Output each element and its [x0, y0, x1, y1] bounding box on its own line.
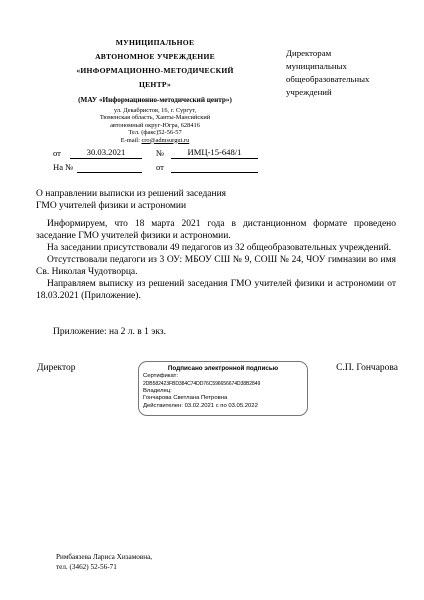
- org-address-line: автономный округ-Югра, 628416: [30, 122, 280, 129]
- executor-phone: тел. (3462) 52-56-71: [56, 562, 152, 572]
- email-label: E-mail:: [121, 137, 142, 144]
- ref-number-field: ИМЦ-15-648/1: [171, 147, 258, 159]
- ref-reply-from-label: от: [156, 162, 164, 172]
- letterhead: МУНИЦИПАЛЬНОЕ АВТОНОМНОЕ УЧРЕЖДЕНИЕ «ИНФ…: [30, 36, 280, 144]
- addressee-block: Директорам муниципальных общеобразовател…: [286, 47, 406, 99]
- signer-name: С.П. Гончарова: [336, 363, 398, 373]
- subject-block: О направлении выписки из решений заседан…: [36, 188, 336, 212]
- stamp-owner-label: Владелец:: [143, 388, 303, 396]
- stamp-cert-value: 2DB582423FBD384C74DD76C596656674D38B2849: [143, 381, 303, 388]
- body-paragraph: Информируем, что 18 марта 2021 года в ди…: [36, 218, 396, 242]
- org-phone: Тел. (факс)52-56-57: [30, 129, 280, 136]
- executor-name: Римбаязева Лариса Хизамовна,: [56, 552, 152, 562]
- stamp-owner-value: Гончарова Светлана Петровна: [143, 395, 303, 403]
- org-name-line: ЦЕНТР»: [30, 78, 280, 92]
- letter-page: МУНИЦИПАЛЬНОЕ АВТОНОМНОЕ УЧРЕЖДЕНИЕ «ИНФ…: [0, 0, 424, 600]
- attachment-note: Приложение: на 2 л. в 1 экз.: [53, 327, 166, 337]
- org-name-line: «ИНФОРМАЦИОННО-МЕТОДИЧЕСКИЙ: [30, 64, 280, 78]
- ref-reply-number-field: [77, 161, 142, 173]
- subject-line: ГМО учителей физики и астрономии: [36, 200, 336, 212]
- addressee-line: муниципальных: [286, 60, 406, 73]
- email-link[interactable]: cro@admsurgut.ru: [141, 137, 189, 144]
- ref-number-label: №: [156, 148, 164, 158]
- ref-reply-date-field: [171, 161, 258, 173]
- executor-footer: Римбаязева Лариса Хизамовна, тел. (3462)…: [56, 552, 152, 572]
- body-paragraph: На заседании присутствовали 49 педагогов…: [36, 242, 396, 254]
- stamp-validity: Действителен: 03.02.2021 с по 03.05.2022: [143, 403, 303, 411]
- org-address-line: ул. Декабристов, 16, г. Сургут,: [30, 107, 280, 114]
- addressee-line: учреждений: [286, 86, 406, 99]
- reference-block: от 30.03.2021 № ИМЦ-15-648/1 На № от: [0, 148, 424, 180]
- signer-position: Директор: [37, 363, 76, 373]
- body-paragraph: Отсутствовали педагоги из 3 ОУ: МБОУ СШ …: [36, 254, 396, 278]
- digital-signature-stamp: Подписано электронной подписью Сертифика…: [138, 361, 308, 416]
- addressee-line: Директорам: [286, 47, 406, 60]
- org-email-line: E-mail: cro@admsurgut.ru: [30, 137, 280, 144]
- body-paragraph: Направляем выписку из решений заседания …: [36, 278, 396, 302]
- subject-line: О направлении выписки из решений заседан…: [36, 188, 336, 200]
- stamp-title: Подписано электронной подписью: [143, 365, 303, 373]
- addressee-line: общеобразовательных: [286, 73, 406, 86]
- stamp-cert-label: Сертификат:: [143, 373, 303, 381]
- org-name-line: МУНИЦИПАЛЬНОЕ: [30, 36, 280, 50]
- letter-body: Информируем, что 18 марта 2021 года в ди…: [36, 218, 396, 302]
- org-address-line: Тюменская область, Ханты-Мансийский: [30, 114, 280, 121]
- ref-date-field: 30.03.2021: [70, 147, 142, 159]
- ref-from-label: от: [53, 148, 61, 158]
- ref-reply-label: На №: [53, 162, 73, 172]
- org-short-name: (МАУ «Информационно-методический центр»): [30, 94, 280, 107]
- org-name-line: АВТОНОМНОЕ УЧРЕЖДЕНИЕ: [30, 50, 280, 64]
